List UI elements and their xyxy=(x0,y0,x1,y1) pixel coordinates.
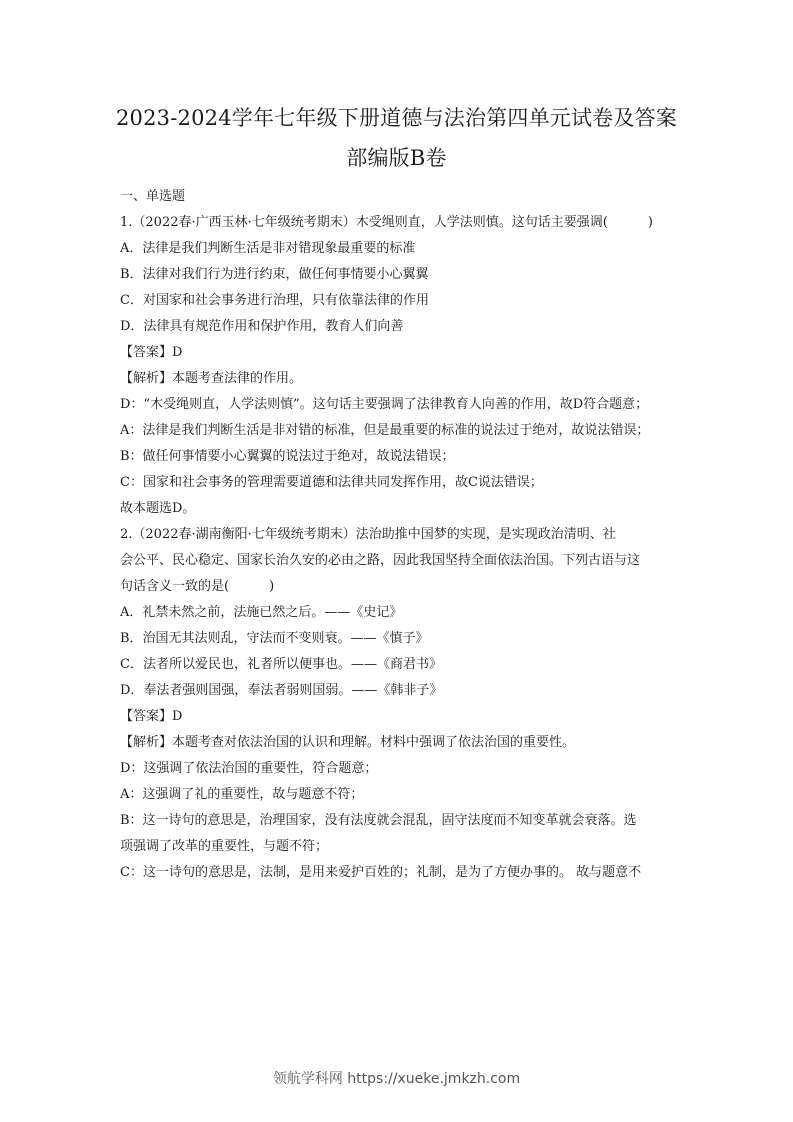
document-body: 一、单选题 1.（2022春·广西玉林·七年级统考期末）木受绳则直，人学法则慎。… xyxy=(120,184,678,886)
option-a: A．法律是我们判断生活是非对错现象最重要的标准 xyxy=(120,236,678,262)
question-stem-text: 句话含义一致的是( xyxy=(120,579,229,594)
option-b: B．法律对我们行为进行约束，做任何事情要小心翼翼 xyxy=(120,262,678,288)
analysis-line: A：法律是我们判断生活是非对错的标准，但是最重要的标准的说法过于绝对，故说法错误… xyxy=(120,418,678,444)
question-stem-line: 2.（2022春·湖南衡阳·七年级统考期末）法治助推中国梦的实现，是实现政治清明… xyxy=(120,522,678,548)
section-heading: 一、单选题 xyxy=(120,184,678,210)
analysis-line: B：这一诗句的意思是，治理国家，没有法度就会混乱，固守法度而不知变革就会衰落。选 xyxy=(120,808,678,834)
document-subtitle: 部编版B卷 xyxy=(0,143,793,173)
question-stem: 1.（2022春·广西玉林·七年级统考期末）木受绳则直，人学法则慎。这句话主要强… xyxy=(120,210,678,236)
analysis-line: 项强调了改革的重要性，与题不符； xyxy=(120,834,678,860)
analysis-line: A：这强调了礼的重要性，故与题意不符； xyxy=(120,782,678,808)
analysis-title: 【解析】本题考查对依法治国的认识和理解。材料中强调了依法治国的重要性。 xyxy=(120,730,678,756)
question-stem-line: 会公平、民心稳定、国家长治久安的必由之路，因此我国坚持全面依法治国。下列古语与这 xyxy=(120,548,678,574)
question-2: 2.（2022春·湖南衡阳·七年级统考期末）法治助推中国梦的实现，是实现政治清明… xyxy=(120,522,678,886)
analysis-line: D：这强调了依法治国的重要性，符合题意； xyxy=(120,756,678,782)
analysis-line: C：这一诗句的意思是，法制，是用来爱护百姓的；礼制，是为了方便办事的。 故与题意… xyxy=(120,860,678,886)
question-stem-line: 句话含义一致的是() xyxy=(120,574,678,600)
analysis-line: B：做任何事情要小心翼翼的说法过于绝对，故说法错误； xyxy=(120,444,678,470)
option-d: D．法律具有规范作用和保护作用，教育人们向善 xyxy=(120,314,678,340)
document-title: 2023-2024学年七年级下册道德与法治第四单元试卷及答案 xyxy=(0,103,793,133)
document-page: 2023-2024学年七年级下册道德与法治第四单元试卷及答案 部编版B卷 一、单… xyxy=(0,0,793,1122)
option-c: C．对国家和社会事务进行治理，只有依靠法律的作用 xyxy=(120,288,678,314)
answer: 【答案】D xyxy=(120,704,678,730)
answer: 【答案】D xyxy=(120,340,678,366)
analysis-line: D：“木受绳则直，人学法则慎”。这句话主要强调了法律教育人向善的作用，故D符合题… xyxy=(120,392,678,418)
analysis-title: 【解析】本题考查法律的作用。 xyxy=(120,366,678,392)
footer-watermark: 领航学科网 https://xueke.jmkzh.com xyxy=(0,1068,793,1088)
question-1: 1.（2022春·广西玉林·七年级统考期末）木受绳则直，人学法则慎。这句话主要强… xyxy=(120,210,678,522)
question-stem-close: ) xyxy=(269,579,274,594)
option-c: C．法者所以爱民也，礼者所以便事也。——《商君书》 xyxy=(120,652,678,678)
option-b: B．治国无其法则乱，守法而不变则衰。——《慎子》 xyxy=(120,626,678,652)
question-stem-close: ) xyxy=(648,215,653,230)
analysis-conclusion: 故本题选D。 xyxy=(120,496,678,522)
question-stem-text: 1.（2022春·广西玉林·七年级统考期末）木受绳则直，人学法则慎。这句话主要强… xyxy=(120,215,608,230)
analysis-line: C：国家和社会事务的管理需要道德和法律共同发挥作用，故C说法错误； xyxy=(120,470,678,496)
option-a: A．礼禁未然之前，法施已然之后。——《史记》 xyxy=(120,600,678,626)
option-d: D．奉法者强则国强，奉法者弱则国弱。——《韩非子》 xyxy=(120,678,678,704)
